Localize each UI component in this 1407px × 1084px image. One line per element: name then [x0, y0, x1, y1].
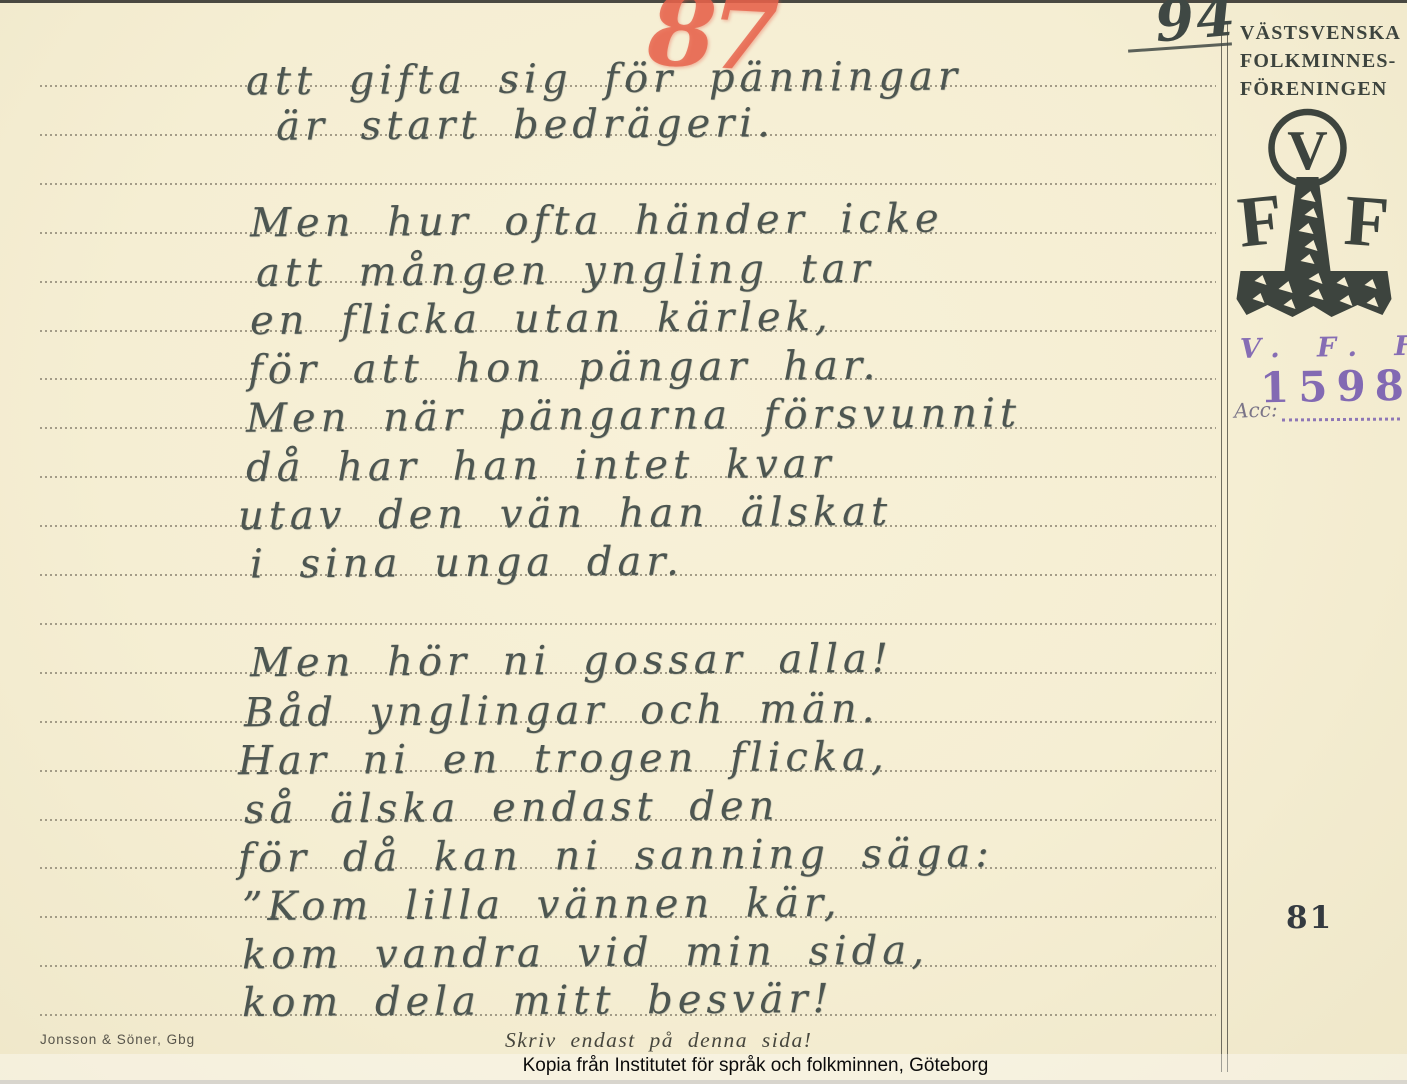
printer-imprint: Jonsson & Söner, Gbg [40, 1032, 195, 1047]
org-name-line-1: VÄSTSVENSKA [1240, 22, 1401, 45]
manuscript-line: Men hur ofta händer icke [250, 196, 944, 247]
org-name-line-3: FÖRENINGEN [1240, 78, 1388, 101]
manuscript-line: är start bedrägeri. [276, 100, 775, 149]
manuscript-line: ”Kom lilla vännen kär, [242, 880, 842, 930]
manuscript-line: kom dela mitt besvär! [242, 976, 834, 1026]
vff-stamp-initials: V. F. F. [1240, 330, 1407, 365]
manuscript-line: Men hör ni gossar alla! [250, 636, 893, 686]
ruled-line [40, 623, 1216, 625]
manuscript-line: för då kan ni sanning säga: [238, 830, 994, 881]
acc-dotted-line [1282, 417, 1400, 421]
manuscript-line: utav den vän han älskat [238, 489, 892, 540]
printed-page-number: 81 [1286, 900, 1333, 936]
manuscript-line: Men när pängarna försvunnit [246, 390, 1021, 441]
margin-divider-rule [1221, 22, 1228, 1072]
manuscript-line: kom vandra vid min sida, [242, 928, 929, 979]
archive-card-scan: 87 94 VÄSTSVENSKA FOLKMINNES- FÖRENINGEN… [0, 0, 1407, 1084]
org-name-line-2: FOLKMINNES- [1240, 50, 1397, 73]
logo-letter-f-left: F [1236, 179, 1286, 263]
accession-number-stamp: 1598 [1260, 361, 1407, 413]
scan-bottom-edge [0, 1080, 1407, 1084]
acc-label: Acc: [1234, 397, 1278, 423]
logo-letter-f-right: F [1342, 180, 1391, 263]
thors-hammer-logo: V F F [1236, 103, 1392, 338]
manuscript-line: Har ni en trogen flicka, [238, 734, 889, 785]
manuscript-line: att gifta sig för pänningar [246, 54, 962, 105]
manuscript-line: så älska endast den [244, 783, 780, 833]
manuscript-line: Båd ynglingar och män. [244, 686, 880, 736]
manuscript-line: då har han intet kvar [246, 441, 836, 491]
logo-letter-v: V [1287, 120, 1327, 182]
manuscript-line: en flicka utan kärlek, [250, 294, 833, 344]
manuscript-line: att mången yngling tar [256, 246, 875, 296]
archive-copy-caption: Kopia från Institutet för språk och folk… [104, 1055, 1407, 1077]
ruled-line [40, 183, 1216, 185]
manuscript-line: för att hon pängar har. [248, 343, 881, 393]
write-only-this-side-instruction: Skriv endast på denna sida! [505, 1028, 812, 1053]
manuscript-line: i sina unga dar. [250, 538, 684, 587]
